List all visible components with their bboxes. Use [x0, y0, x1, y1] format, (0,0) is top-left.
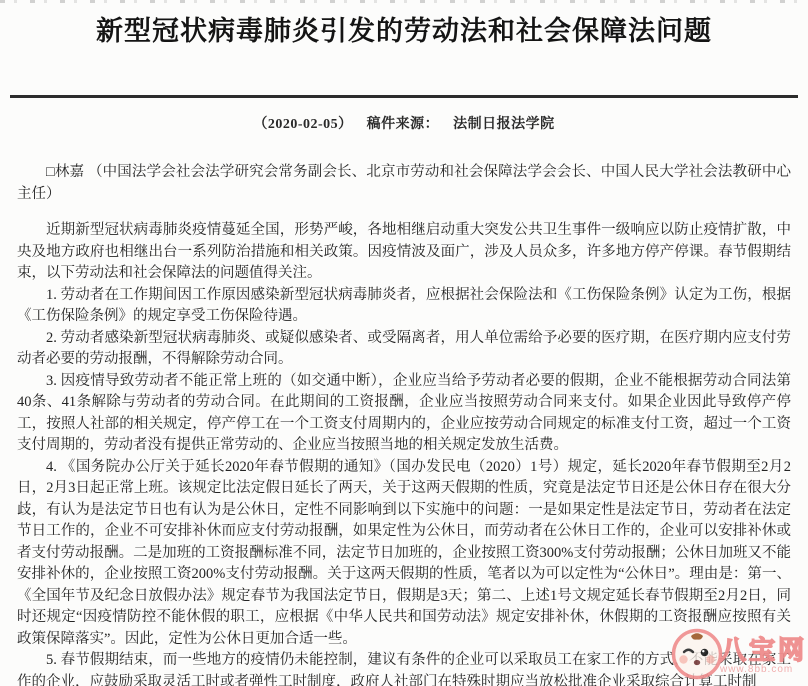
author-line: □林嘉 （中国法学会社会法学研究会常务副会长、北京市劳动和社会保障法学会会长、中…	[17, 162, 791, 205]
baby-face-logo-icon	[670, 627, 724, 686]
divider	[10, 95, 798, 98]
paragraph-intro: 近期新型冠状病毒肺炎疫情蔓延全国，形势严峻，各地相继启动重大突发公共卫生事件一级…	[17, 220, 791, 285]
paragraph-item-3: 3. 因疫情导致劳动者不能正常上班的（如交通中断），企业应当给予劳动者必要的假期…	[17, 371, 791, 457]
watermark-site-name: 八宝网	[720, 637, 807, 663]
doc-date: （2020-02-05）	[253, 117, 352, 132]
scan-edge-artifact	[0, 0, 808, 3]
article-body: □林嘉 （中国法学会社会法学研究会常务副会长、北京市劳动和社会保障法学会会长、中…	[17, 162, 791, 686]
paragraph-item-2: 2. 劳动者感染新型冠状病毒肺炎、或疑似感染者、或受隔离者，用人单位需给予必要的…	[17, 328, 791, 371]
watermark-text: 八宝网 www.8bb.com	[720, 637, 807, 676]
source-label: 稿件来源：	[367, 117, 440, 132]
watermark-site-url: www.8bb.com	[720, 664, 793, 676]
watermark: 八宝网 www.8bb.com	[670, 627, 807, 686]
doc-meta: （2020-02-05）稿件来源：法制日报法学院	[0, 113, 808, 133]
document-page: 新型冠状病毒肺炎引发的劳动法和社会保障法问题 （2020-02-05）稿件来源：…	[0, 0, 808, 686]
source-value: 法制日报法学院	[453, 117, 555, 132]
paragraph-item-4: 4. 《国务院办公厅关于延长2020年春节假期的通知》（国办发民电（2020）1…	[17, 457, 791, 651]
page-title: 新型冠状病毒肺炎引发的劳动法和社会保障法问题	[0, 0, 808, 50]
paragraph-item-1: 1. 劳动者在工作期间因工作原因感染新型冠状病毒肺炎者，应根据社会保险法和《工伤…	[17, 285, 791, 328]
